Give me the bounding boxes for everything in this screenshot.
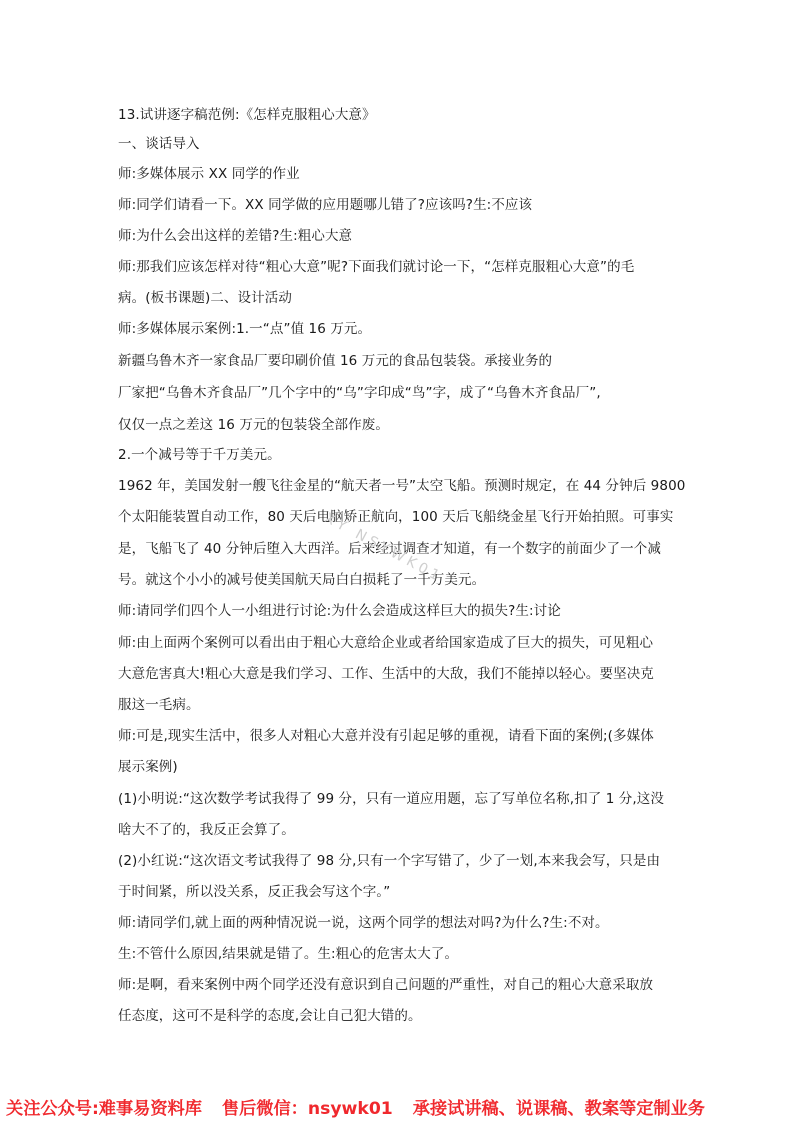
paragraph-line: 师:多媒体展示 XX 同学的作业 — [118, 165, 300, 183]
paragraph-line: 生:不管什么原因,结果就是错了。生:粗心的危害太大了。 — [118, 945, 458, 963]
paragraph-line: 师:由上面两个案例可以看出由于粗心大意给企业或者给国家造成了巨大的损失，可见粗心 — [118, 634, 653, 652]
paragraph-line: 仅仅一点之差这 16 万元的包装袋全部作废。 — [118, 416, 389, 434]
paragraph-line: (2)小红说:“这次语文考试我得了 98 分,只有一个字写错了，少了一划,本来我… — [118, 852, 660, 870]
section-heading: 一、谈话导入 — [118, 135, 200, 153]
paragraph-line: 展示案例) — [118, 758, 178, 776]
footer-banner: 关注公众号:难事易资料库 售后微信：nsywk01 承接试讲稿、说课稿、教案等定… — [0, 1096, 793, 1122]
paragraph-line: 啥大不了的，我反正会算了。 — [118, 821, 295, 839]
paragraph-line: 号。就这个小小的减号使美国航天局白白损耗了一千万美元。 — [118, 571, 485, 589]
paragraph-line: 师:同学们请看一下。XX 同学做的应用题哪儿错了?应该吗?生:不应该 — [118, 196, 532, 214]
paragraph-line: 1962 年，美国发射一艘飞往金星的“航天者一号”太空飞船。预测时规定，在 44… — [118, 477, 685, 495]
paragraph-line: 厂家把“乌鲁木齐食品厂”几个字中的“乌”字印成“鸟”字，成了“乌鲁木齐食品厂”, — [118, 384, 601, 402]
paragraph-line: 师:为什么会出这样的差错?生:粗心大意 — [118, 227, 352, 245]
paragraph-line: (1)小明说:“这次数学考试我得了 99 分，只有一道应用题，忘了写单位名称,扣… — [118, 790, 664, 808]
paragraph-line: 病。(板书课题)二、设计活动 — [118, 289, 292, 307]
paragraph-line: 师:请同学们四个人一小组进行讨论:为什么会造成这样巨大的损失?生:讨论 — [118, 602, 561, 620]
paragraph-line: 师:请同学们,就上面的两种情况说一说，这两个同学的想法对吗?为什么?生:不对。 — [118, 914, 609, 932]
paragraph-line: 新疆乌鲁木齐一家食品厂要印刷价值 16 万元的食品包装袋。承接业务的 — [118, 352, 552, 370]
footer-follow-text: 关注公众号:难事易资料库 — [6, 1099, 202, 1119]
paragraph-line: 服这一毛病。 — [118, 696, 200, 714]
paragraph-line: 任态度，这可不是科学的态度,会让自己犯大错的。 — [118, 1007, 422, 1025]
paragraph-line: 是，飞船飞了 40 分钟后堕入大西洋。后来经过调查才知道，有一个数字的前面少了一… — [118, 540, 661, 558]
paragraph-line: 师:多媒体展示案例:1.一“点”值 16 万元。 — [118, 320, 371, 338]
paragraph-line: 师:是啊，看来案例中两个同学还没有意识到自己问题的严重性，对自己的粗心大意采取放 — [118, 976, 653, 994]
paragraph-line: 个太阳能装置自动工作，80 天后电脑矫正航向，100 天后飞船绕金星飞行开始拍照… — [118, 508, 673, 526]
paragraph-line: 师:那我们应该怎样对待“粗心大意”呢?下面我们就讨论一下，“怎样克服粗心大意”的… — [118, 258, 634, 276]
paragraph-line: 师:可是,现实生活中，很多人对粗心大意并没有引起足够的重视，请看下面的案例;(多… — [118, 727, 654, 745]
paragraph-line: 大意危害真大!粗心大意是我们学习、工作、生活中的大敌，我们不能掉以轻心。要坚决克 — [118, 665, 654, 683]
paragraph-line: 于时间紧，所以没关系，反正我会写这个字。” — [118, 883, 390, 901]
case-heading: 2.一个减号等于千万美元。 — [118, 446, 281, 464]
footer-wechat-text: 售后微信：nsywk01 — [222, 1099, 393, 1119]
footer-service-text: 承接试讲稿、说课稿、教案等定制业务 — [413, 1099, 705, 1119]
document-title: 13.试讲逐字稿范例:《怎样克服粗心大意》 — [118, 106, 376, 124]
